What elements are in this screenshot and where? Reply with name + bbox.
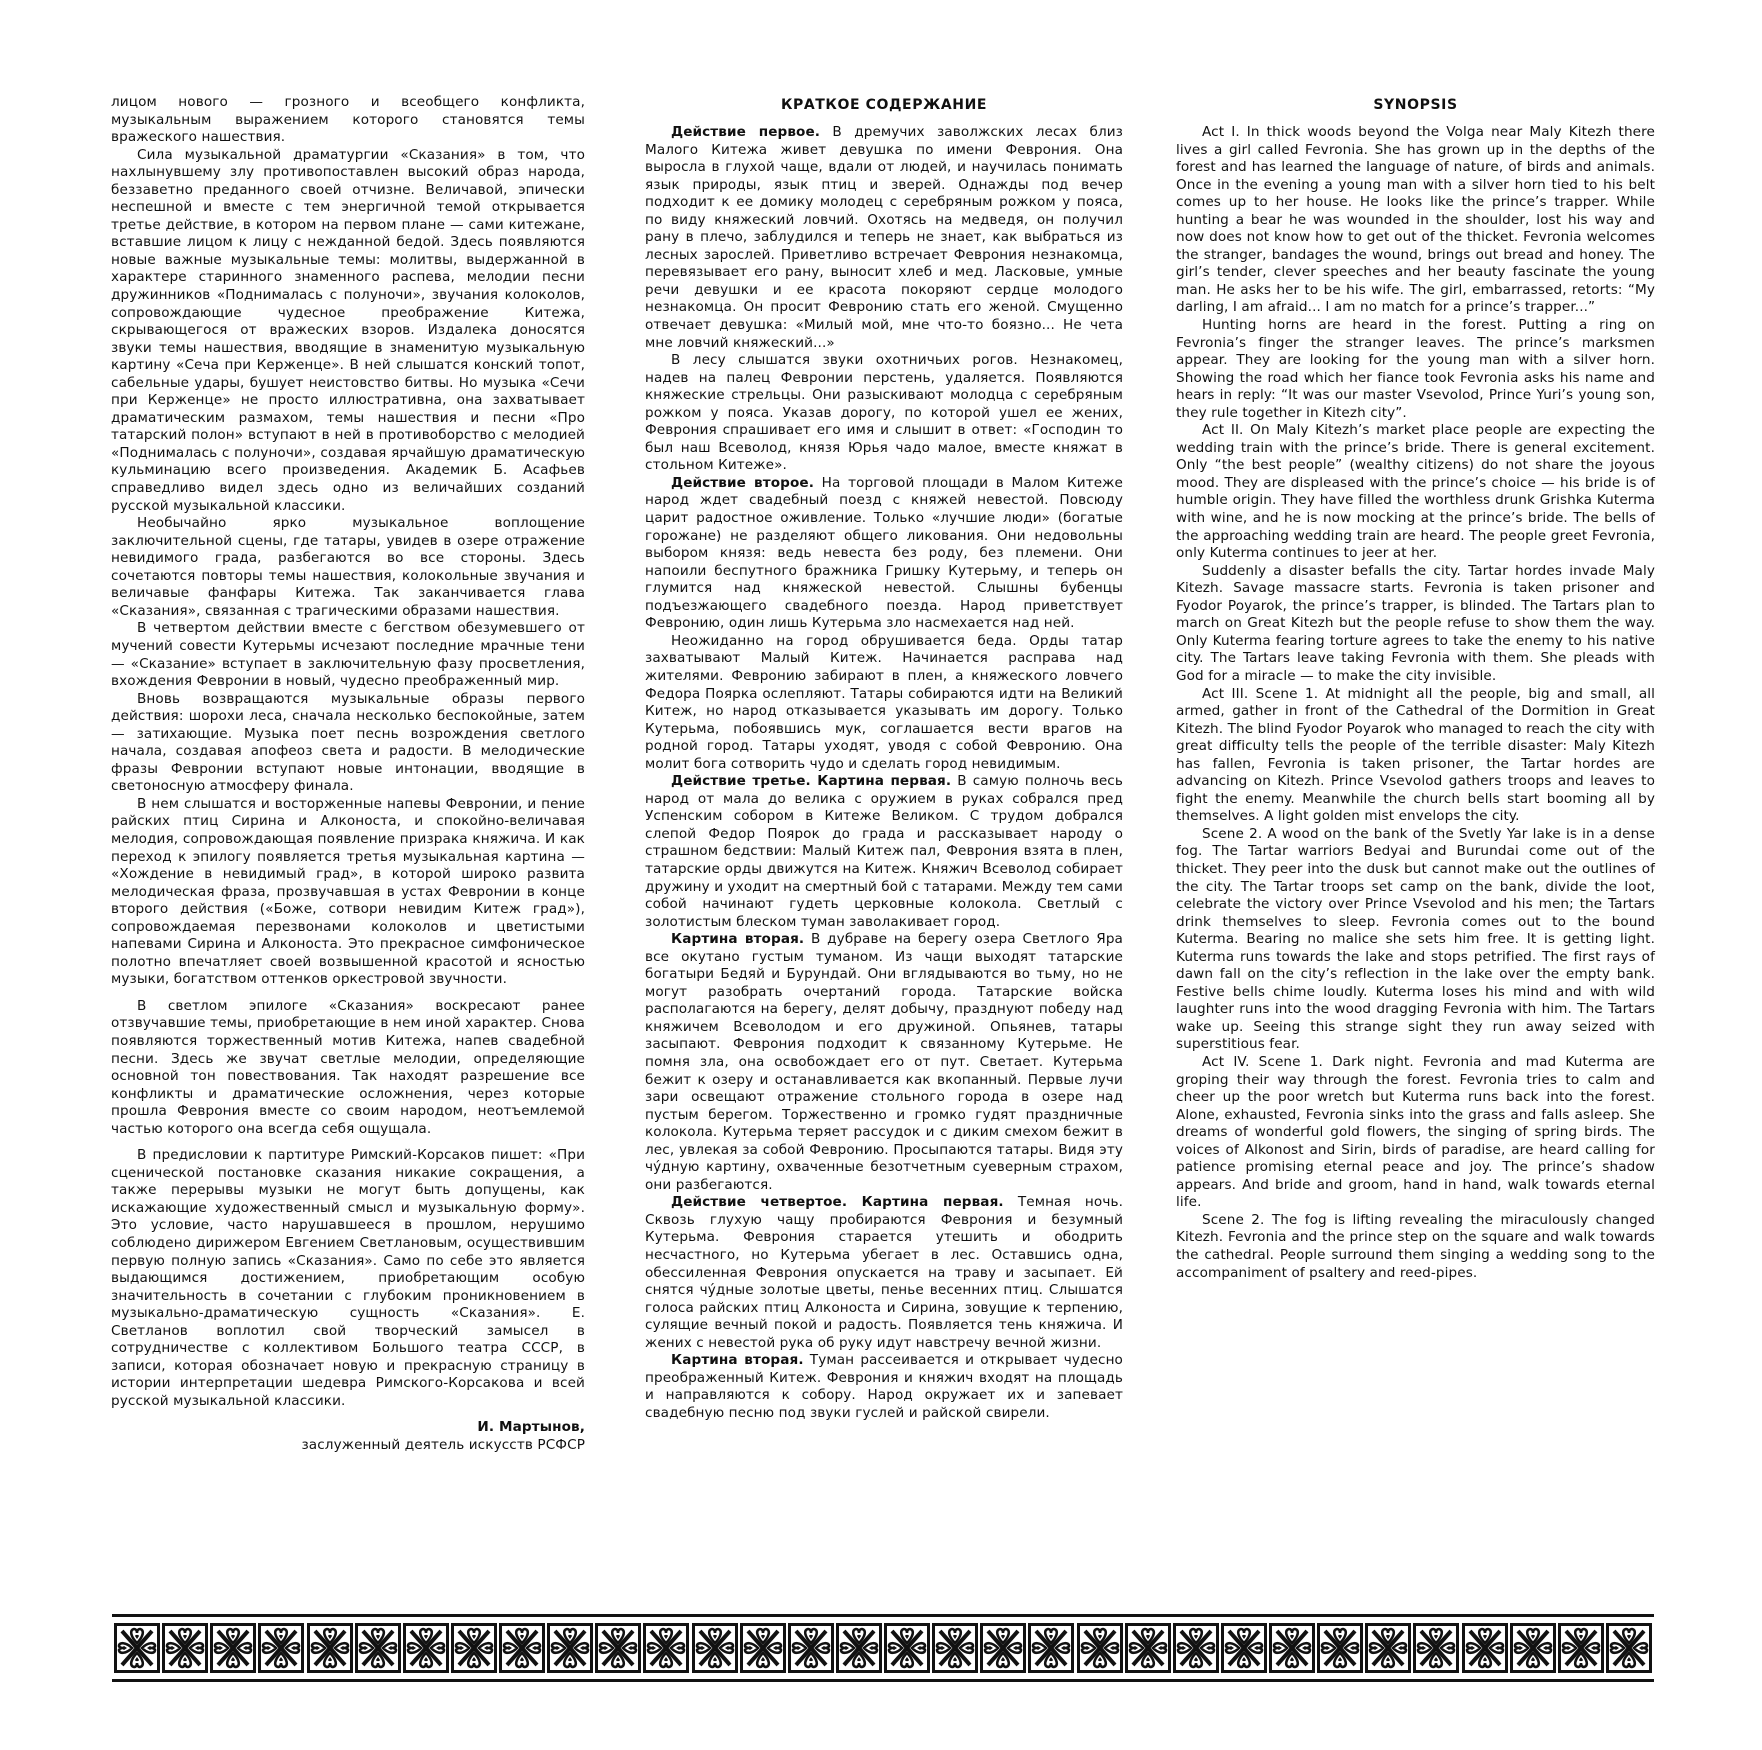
folk-ornament-tile-icon <box>980 1623 1026 1673</box>
paragraph-text: В дубраве на берегу озера Светлого Яра в… <box>645 931 1123 1193</box>
essay-paragraph: Сила музыкальной драматургии «Сказания» … <box>111 147 585 515</box>
english-synopsis-column: SYNOPSIS Act I. In thick woods beyond th… <box>1176 96 1655 1282</box>
folk-ornament-tile-icon <box>1028 1623 1074 1673</box>
folk-ornament-tile-icon <box>1077 1623 1123 1673</box>
synopsis-paragraph: Scene 2. The fog is lifting revealing th… <box>1176 1212 1655 1282</box>
synopsis-paragraph: Hunting horns are heard in the forest. P… <box>1176 317 1655 422</box>
synopsis-paragraph: Act III. Scene 1. At midnight all the pe… <box>1176 686 1655 826</box>
folk-ornament-tile-icon <box>836 1623 882 1673</box>
synopsis-paragraph: Scene 2. A wood on the bank of the Svetl… <box>1176 826 1655 1054</box>
essay-paragraph: В нем слышатся и восторженные напевы Фев… <box>111 796 585 989</box>
synopsis-paragraph: Act II. On Maly Kitezh’s market place pe… <box>1176 422 1655 562</box>
folk-ornament-tile-icon <box>1606 1623 1652 1673</box>
paragraph-text: В лесу слышатся звуки охотничьих рогов. … <box>645 352 1123 473</box>
essay-paragraph: В предисловии к партитуре Римский-Корсак… <box>111 1147 585 1410</box>
folk-ornament-tile-icon <box>1269 1623 1315 1673</box>
author-title: заслуженный деятель искусств РСФСР <box>111 1437 585 1455</box>
folk-ornament-tile-icon <box>210 1623 256 1673</box>
folk-ornament-tile-icon <box>499 1623 545 1673</box>
synopsis-paragraph: Действие четвертое. Картина первая. Темн… <box>645 1194 1123 1352</box>
folk-ornament-tile-icon <box>1462 1623 1508 1673</box>
folk-ornament-tile-icon <box>307 1623 353 1673</box>
paragraph-text: Темная ночь. Сквозь глухую чащу пробираю… <box>645 1194 1123 1350</box>
paragraph-text: Неожиданно на город обрушивается беда. О… <box>645 633 1123 772</box>
essay-paragraph: Необычайно ярко музыкальное воплощение з… <box>111 515 585 620</box>
ornament-border <box>112 1614 1654 1682</box>
paragraph-text: В самую полночь весь народ от мала до ве… <box>645 773 1123 929</box>
paragraph-text: В дремучих заволжских лесах близ Малого … <box>645 124 1123 351</box>
folk-ornament-tile-icon <box>162 1623 208 1673</box>
folk-ornament-tile-icon <box>932 1623 978 1673</box>
folk-ornament-tile-icon <box>258 1623 304 1673</box>
essay-column: лицом нового — грозного и всеобщего конф… <box>111 94 585 1455</box>
essay-paragraph: лицом нового — грозного и всеобщего конф… <box>111 94 585 147</box>
folk-ornament-tile-icon <box>740 1623 786 1673</box>
act-heading: Действие первое. <box>671 124 820 140</box>
folk-ornament-tile-icon <box>1173 1623 1219 1673</box>
russian-synopsis-heading: КРАТКОЕ СОДЕРЖАНИЕ <box>645 96 1123 114</box>
folk-ornament-tile-icon <box>403 1623 449 1673</box>
synopsis-paragraph: Suddenly a disaster befalls the city. Ta… <box>1176 563 1655 686</box>
scene-heading: Картина вторая. <box>671 1352 804 1368</box>
folk-ornament-tile-icon <box>692 1623 738 1673</box>
english-synopsis-heading: SYNOPSIS <box>1176 96 1655 114</box>
folk-ornament-tile-icon <box>1317 1623 1363 1673</box>
russian-synopsis-column: КРАТКОЕ СОДЕРЖАНИЕ Действие первое. В др… <box>645 96 1123 1422</box>
essay-paragraph: В светлом эпилоге «Сказания» воскресают … <box>111 998 585 1138</box>
act-heading: Действие второе. <box>671 475 814 491</box>
ornament-rule-top <box>112 1614 1654 1617</box>
folk-ornament-tile-icon <box>355 1623 401 1673</box>
ornament-tiles <box>114 1623 1652 1673</box>
author-name: И. Мартынов, <box>111 1419 585 1437</box>
folk-ornament-tile-icon <box>884 1623 930 1673</box>
folk-ornament-tile-icon <box>1221 1623 1267 1673</box>
paragraph-text: На торговой площади в Малом Китеже народ… <box>645 475 1123 631</box>
ornament-rule-bottom <box>112 1679 1654 1682</box>
folk-ornament-tile-icon <box>114 1623 160 1673</box>
synopsis-paragraph: Картина вторая. Туман рассеивается и отк… <box>645 1352 1123 1422</box>
folk-ornament-tile-icon <box>1413 1623 1459 1673</box>
scene-heading: Картина вторая. <box>671 931 804 947</box>
synopsis-paragraph: Действие третье. Картина первая. В самую… <box>645 773 1123 931</box>
synopsis-paragraph: Act I. In thick woods beyond the Volga n… <box>1176 124 1655 317</box>
folk-ornament-tile-icon <box>595 1623 641 1673</box>
folk-ornament-tile-icon <box>1510 1623 1556 1673</box>
synopsis-paragraph: Действие первое. В дремучих заволжских л… <box>645 124 1123 352</box>
folk-ornament-tile-icon <box>1558 1623 1604 1673</box>
essay-paragraph: Вновь возвращаются музыкальные образы пе… <box>111 691 585 796</box>
folk-ornament-tile-icon <box>451 1623 497 1673</box>
essay-paragraph: В четвертом действии вместе с бегством о… <box>111 620 585 690</box>
act-heading: Действие третье. Картина первая. <box>671 773 951 789</box>
folk-ornament-tile-icon <box>547 1623 593 1673</box>
folk-ornament-tile-icon <box>1125 1623 1171 1673</box>
synopsis-paragraph: Act IV. Scene 1. Dark night. Fevronia an… <box>1176 1054 1655 1212</box>
folk-ornament-tile-icon <box>788 1623 834 1673</box>
synopsis-paragraph: Неожиданно на город обрушивается беда. О… <box>645 633 1123 773</box>
author-signature: И. Мартынов, заслуженный деятель искусст… <box>111 1419 585 1454</box>
folk-ornament-tile-icon <box>1365 1623 1411 1673</box>
synopsis-paragraph: Действие второе. На торговой площади в М… <box>645 475 1123 633</box>
synopsis-paragraph: В лесу слышатся звуки охотничьих рогов. … <box>645 352 1123 475</box>
synopsis-paragraph: Картина вторая. В дубраве на берегу озер… <box>645 931 1123 1194</box>
act-heading: Действие четвертое. Картина первая. <box>671 1194 1004 1210</box>
folk-ornament-tile-icon <box>643 1623 689 1673</box>
